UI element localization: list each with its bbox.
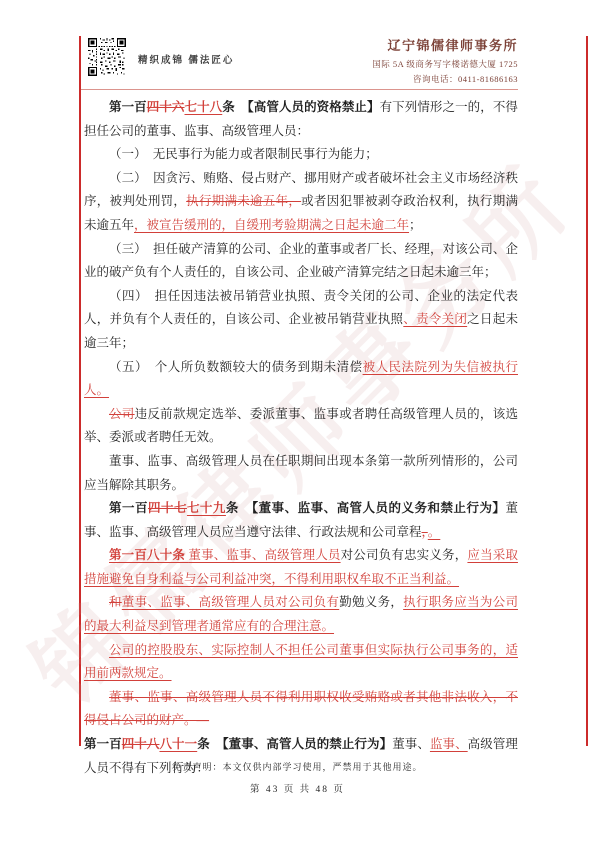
header-divider <box>80 89 518 90</box>
letterhead: 辽宁锦儒律师事务所 国际 5A 级商务写字楼诺德大厦 1725 咨询电话：041… <box>372 35 518 85</box>
text-segment: （三） 担任破产清算的公司、企业的董事或者厂长、经理，对该公司、企业的破产负有个… <box>84 242 518 280</box>
document-page: 精织成锦 儒法匠心 辽宁锦儒律师事务所 国际 5A 级商务写字楼诺德大厦 172… <box>0 0 595 842</box>
paragraph: （五） 个人所负数额较大的债务到期未清偿被人民法院列为失信被执行人。 <box>84 356 518 403</box>
inserted-text: ，被宣告缓刑的，自缓刑考验期满之日起未逾二年 <box>134 218 409 232</box>
text-segment: 对公司负有忠实义务， <box>341 548 468 562</box>
paragraph: 董事、监事、高级管理人员在任职期间出现本条第一款所列情形的，公司应当解除其职务。 <box>84 450 518 497</box>
paragraph: 公司违反前款规定选举、委派董事、监事或者聘任高级管理人员的，该选举、委派或者聘任… <box>84 403 518 450</box>
paragraph: （三） 担任破产清算的公司、企业的董事或者厂长、经理，对该公司、企业的破产负有个… <box>84 238 518 285</box>
firm-slogan: 精织成锦 儒法匠心 <box>138 52 234 66</box>
text-segment: 条 <box>222 100 235 114</box>
text-segment: 第一百 <box>109 100 147 114</box>
firm-phone: 咨询电话：0411-81686163 <box>372 73 518 85</box>
text-segment: 条 <box>197 737 210 751</box>
deleted-text: 董事、监事、高级管理人员不得利用职权收受贿赂或者其他非法收入，不得侵占公司的财产… <box>84 690 518 728</box>
text-segment: 条 <box>226 501 239 515</box>
text-segment: 【董事、高管人员的禁止行为】 <box>210 737 392 751</box>
firm-address: 国际 5A 级商务写字楼诺德大厦 1725 <box>372 58 518 70</box>
deleted-text: 四十七 <box>148 501 187 515</box>
right-margin-rule <box>586 36 588 746</box>
text-segment: （五） 个人所负数额较大的债务到期未清偿 <box>109 360 363 374</box>
left-margin-rule <box>79 36 81 746</box>
inserted-text: 监事、 <box>430 737 468 751</box>
inserted-text: 第一百八十条 <box>109 548 188 562</box>
inserted-text: 七十八 <box>185 100 223 114</box>
paragraph: 和董事、监事、高级管理人员对公司负有勤勉义务，执行职务应当为公司的最大利益尽到管… <box>84 591 518 638</box>
text-segment: （一） 无民事行为能力或者限制民事行为能力； <box>109 147 378 161</box>
paragraph: 董事、监事、高级管理人员不得利用职权收受贿赂或者其他非法收入，不得侵占公司的财产… <box>84 686 518 733</box>
document-body: 第一百四十六七十八条 【高管人员的资格禁止】有下列情形之一的，不得担任公司的董事… <box>84 96 518 780</box>
paragraph: 公司的控股股东、实际控制人不担任公司董事但实际执行公司事务的，适用前两款规定。 <box>84 639 518 686</box>
paragraph: （一） 无民事行为能力或者限制民事行为能力； <box>84 143 518 167</box>
inserted-text: 董事、监事、高级管理人员对公司负有 <box>122 595 339 609</box>
inserted-text: 七十九 <box>187 501 226 515</box>
paragraph: 第一百八十条 董事、监事、高级管理人员对公司负有忠实义务，应当采取措施避免自身利… <box>84 544 518 591</box>
inserted-text: 、责令关闭 <box>403 312 467 326</box>
firm-name: 辽宁锦儒律师事务所 <box>372 35 518 54</box>
page-indicator: 第 43 页 共 48 页 <box>0 781 595 795</box>
text-segment: 董事、监事、高级管理人员在任职期间出现本条第一款所列情形的，公司应当解除其职务。 <box>84 454 518 492</box>
paragraph: 第一百四十六七十八条 【高管人员的资格禁止】有下列情形之一的，不得担任公司的董事… <box>84 96 518 143</box>
text-segment: 【董事、监事、高管人员的义务和禁止行为】 <box>239 501 506 515</box>
deleted-text: 四十八 <box>122 737 160 751</box>
deleted-text: 和 <box>109 595 122 609</box>
inserted-text: 。 <box>428 525 441 539</box>
paragraph: （二） 因贪污、贿赂、侵占财产、挪用财产或者破坏社会主义市场经济秩序，被判处刑罚… <box>84 167 518 238</box>
text-segment: 违反前款规定选举、委派董事、监事或者聘任高级管理人员的，该选举、委派或者聘任无效… <box>84 407 518 445</box>
text-segment: 第一百 <box>84 737 122 751</box>
paragraph: 第一百四十八八十一条 【董事、高管人员的禁止行为】董事、监事、高级管理人员不得有… <box>84 733 518 780</box>
inserted-text: 公司的控股股东、实际控制人不担任公司董事但实际执行公司事务的，适用前两款规定。 <box>84 643 518 681</box>
text-segment: 董事、 <box>392 737 430 751</box>
text-segment: 第一百 <box>109 501 148 515</box>
inserted-text: 八十一 <box>159 737 197 751</box>
text-segment: ； <box>409 218 422 232</box>
deleted-text: 公司 <box>109 407 135 421</box>
text-segment: 【高管人员的资格禁止】 <box>235 100 380 114</box>
paragraph: 第一百四十七七十九条 【董事、监事、高管人员的义务和禁止行为】董事、监事、高级管… <box>84 497 518 544</box>
deleted-text: 执行期满未逾五年， <box>186 194 301 208</box>
paragraph: （四） 担任因违法被吊销营业执照、责令关闭的公司、企业的法定代表人，并负有个人责… <box>84 285 518 356</box>
text-segment: 勤勉义务， <box>339 595 403 609</box>
inserted-text: 董事、监事、高级管理人员 <box>188 548 340 562</box>
deleted-text: 四十六 <box>147 100 185 114</box>
qr-code-icon <box>88 38 126 76</box>
footer-disclaimer: 免责声明：本文仅供内部学习使用，严禁用于其他用途。 <box>0 760 595 773</box>
